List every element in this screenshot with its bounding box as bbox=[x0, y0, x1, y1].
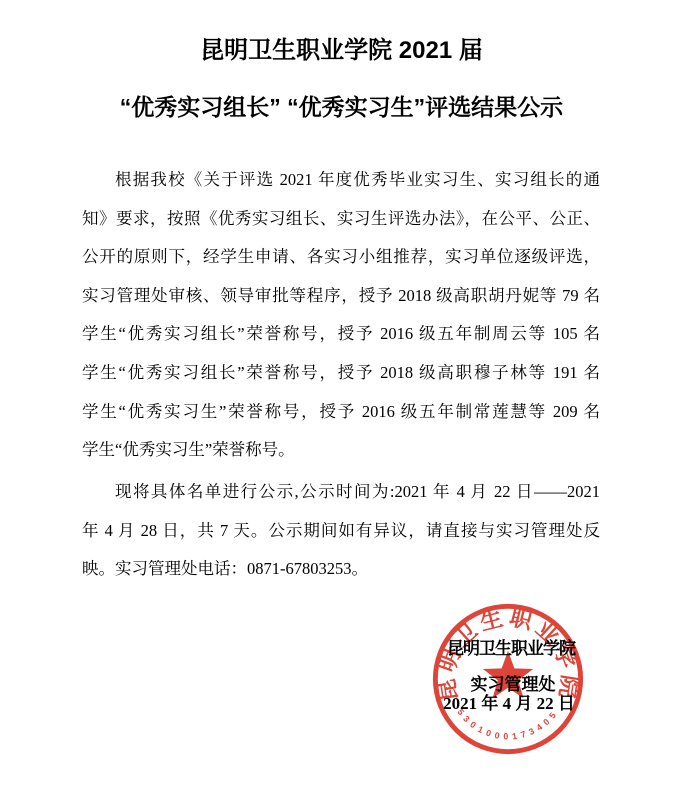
text-line: 年 4 月 28 日，共 7 天。公示期间如有异议，请直接与实习管理处反 bbox=[82, 512, 600, 551]
text-line: 实习管理处审核、领导审批等程序，授予 2018 级高职胡丹妮等 79 名 bbox=[82, 277, 600, 316]
page-title-line2: “优秀实习组长” “优秀实习生”评选结果公示 bbox=[0, 92, 683, 122]
text-line: 学生“优秀实习生”荣誉称号，授予 2016 级五年制常莲慧等 209 名 bbox=[82, 393, 600, 432]
text-line: 学生“优秀实习组长”荣誉称号，授予 2018 级高职穆子林等 191 名 bbox=[82, 354, 600, 393]
text-line: 知》要求，按照《优秀实习组长、实习生评选办法》，在公平、公正、 bbox=[82, 200, 600, 239]
text-line: 公开的原则下，经学生申请、各实习小组推荐，实习单位逐级评选， bbox=[82, 238, 600, 277]
paragraph-publicity-period: 现将具体名单进行公示,公示时间为:2021 年 4 月 22 日——2021 年… bbox=[82, 473, 600, 589]
page-title-line1: 昆明卫生职业学院 2021 届 bbox=[0, 36, 683, 66]
document-page: 昆明卫生职业学院 2021 届 “优秀实习组长” “优秀实习生”评选结果公示 根… bbox=[0, 0, 683, 785]
text-line: 学生“优秀实习组长”荣誉称号，授予 2016 级五年制周云等 105 名 bbox=[82, 315, 600, 354]
text-line: 现将具体名单进行公示,公示时间为:2021 年 4 月 22 日——2021 bbox=[82, 473, 600, 512]
signature-date: 2021 年 4 月 22 日 bbox=[443, 694, 575, 713]
text-line: 根据我校《关于评选 2021 年度优秀毕业实习生、实习组长的通 bbox=[82, 161, 600, 200]
text-line: 学生“优秀实习生”荣誉称号。 bbox=[82, 431, 600, 470]
signature-org-name: 昆明卫生职业学院 bbox=[447, 639, 575, 658]
text-line: 映。实习管理处电话：0871-67803253。 bbox=[82, 550, 600, 589]
signature-department: 实习管理处 bbox=[471, 675, 556, 694]
paragraph-selection-process: 根据我校《关于评选 2021 年度优秀毕业实习生、实习组长的通 知》要求，按照《… bbox=[82, 161, 600, 470]
